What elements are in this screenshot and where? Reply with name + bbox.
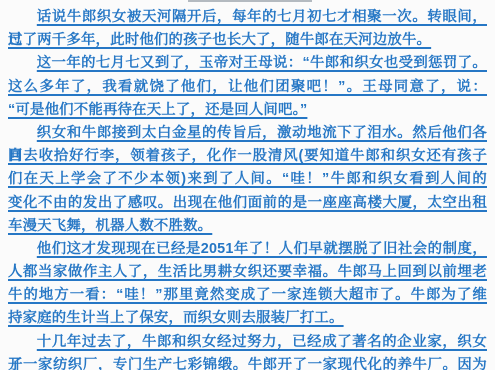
- text-line: 变化不由的发出了感叹。出现在他们面前的是一座座高楼大厦，太空出租: [8, 192, 487, 215]
- text-line: 过了两千多年，此时他们的孩子也长大了，随牛郎在天河边放牛。: [8, 29, 487, 52]
- cutoff-title-underline: [188, 0, 312, 2]
- text-line: 们在天上学会了不少本领)来到了人间。“哇！”牛郎和织女看到人间的: [8, 168, 487, 191]
- text-line: 回去收拾好行李，领着孩子，化作一股清风(要知道牛郎和织女还有孩子: [8, 145, 487, 168]
- text-line: 牛的地方一看：“哇！”那里竟然变成了一家连锁大超市了。牛郎为了维: [8, 284, 487, 307]
- document-page: 话说牛郎织女被天河隔开后，每年的七月初七才相聚一次。转眼间，已过了两千多年，此时…: [0, 0, 495, 370]
- text-line: 这么多年了，我看就饶了他们，让他们团聚吧！”。王母同意了，说：: [8, 76, 487, 99]
- text-line: 车漫天飞舞，机器人数不胜数。: [8, 215, 487, 238]
- text-line: 织女和牛郎接到太白金星的传旨后，激动地流下了泪水。然后他们各自: [8, 122, 487, 145]
- text-line: 十几年过去了，牛郎和织女经过努力，已经成了著名的企业家，织女开: [8, 331, 487, 354]
- text-line: 他们这才发现现在已经是2051年了！人们早就摆脱了旧社会的制度，人: [8, 238, 487, 261]
- document-body: 话说牛郎织女被天河隔开后，每年的七月初七才相聚一次。转眼间，已过了两千多年，此时…: [8, 6, 487, 370]
- text-line: 人都当家做作主人了，生活比男耕女织还要幸福。牛郎马上回到以前埋老: [8, 261, 487, 284]
- text-line: “可是他们不能再待在天上了，还是回人间吧。”: [8, 99, 487, 122]
- text-line: 这一年的七月七又到了，玉帝对王母说：“牛郎和织女也受到惩罚了。: [8, 52, 487, 75]
- text-line: 持家庭的生计当上了保安，而织女则去服装厂打工。: [8, 307, 487, 330]
- text-line: 了一家纺织厂，专门生产七彩锦缎。牛郎开了一家现代化的养牛厂。因为: [8, 354, 487, 370]
- text-line: 话说牛郎织女被天河隔开后，每年的七月初七才相聚一次。转眼间，已: [8, 6, 487, 29]
